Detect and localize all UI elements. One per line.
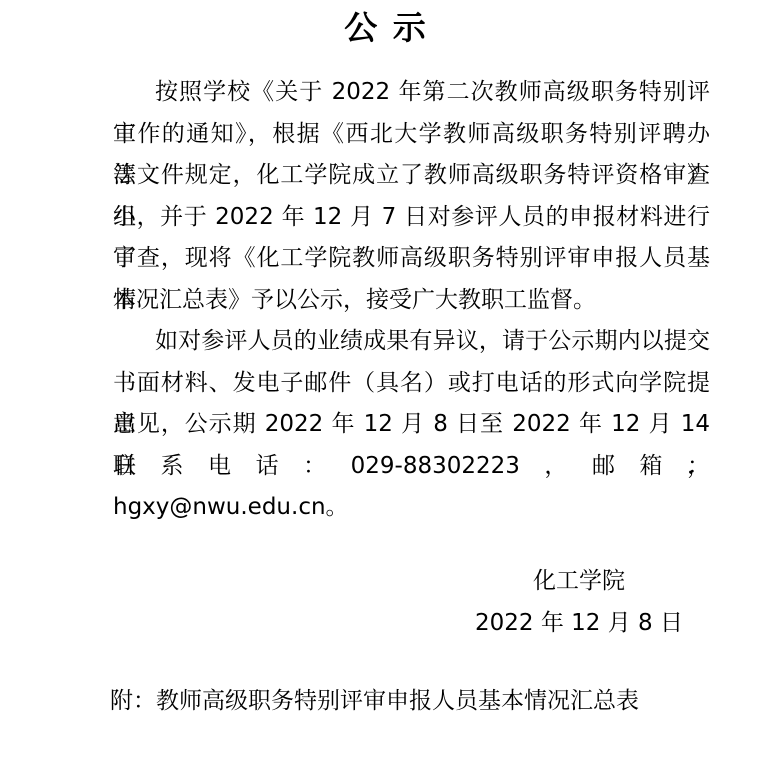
body-line: 情况汇总表》予以公示，接受广大教职工监督。 [113, 280, 710, 322]
body-line: 按照学校《关于 2022 年第二次教师高级职务特别评审 [113, 72, 710, 114]
attachment-note: 附：教师高级职务特别评审申报人员基本情况汇总表 [110, 681, 730, 723]
body-line: 意见，公示期 2022 年 12 月 8 日至 2022 年 12 月 14 日… [113, 404, 710, 446]
body-line: 工作的通知》，根据《西北大学教师高级职务特别评聘办法》 [113, 114, 710, 156]
body-line: 审查，现将《化工学院教师高级职务特别评审申报人员基本 [113, 238, 710, 280]
announcement-page: 公 示 按照学校《关于 2022 年第二次教师高级职务特别评审 工作的通知》，根… [0, 0, 772, 774]
signature-date: 2022 年 12 月 8 日 [386, 603, 772, 645]
body-line: 如对参评人员的业绩成果有异议，请于公示期内以提交 [113, 321, 710, 363]
body-line: 等文件规定，化工学院成立了教师高级职务特评资格审查小 [113, 155, 710, 197]
body-line: 组，并于 2022 年 12 月 7 日对参评人员的申报材料进行了 [113, 197, 710, 239]
announcement-title: 公 示 [0, 6, 772, 50]
body-line: 联系电话：029-88302223，邮箱：hgxy@nwu.edu.cn。 [113, 446, 710, 488]
signature-block: 化工学院 2022 年 12 月 8 日 [386, 561, 772, 644]
signature-organization: 化工学院 [386, 561, 772, 603]
announcement-body: 按照学校《关于 2022 年第二次教师高级职务特别评审 工作的通知》，根据《西北… [113, 72, 710, 487]
body-line: 书面材料、发电子邮件（具名）或打电话的形式向学院提出 [113, 363, 710, 405]
